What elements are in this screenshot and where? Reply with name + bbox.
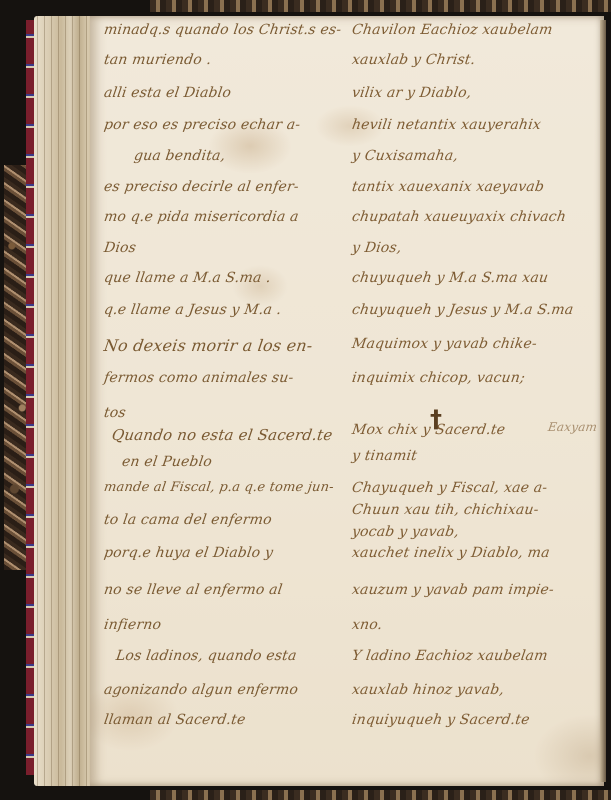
cross-icon: † xyxy=(430,405,442,433)
bottom-cover-edge xyxy=(150,790,611,800)
text-line: Y ladino Eachioz xaubelam xyxy=(351,648,549,664)
text-line: to la cama del enfermo xyxy=(103,512,273,528)
text-line: es preciso decirle al enfer- xyxy=(103,179,300,195)
text-line: chupatah xaueuyaxix chivach xyxy=(351,209,567,225)
text-line: inquiyuqueh y Sacerd.te xyxy=(351,712,531,728)
text-line: tan muriendo . xyxy=(103,52,213,68)
faint-marginal-note: Eaxyam xyxy=(547,420,598,434)
text-line: que llame a M.a S.ma . xyxy=(103,270,272,286)
text-line: alli esta el Diablo xyxy=(103,85,232,101)
text-line: xauxlab y Christ. xyxy=(351,52,477,68)
text-line: Maquimox y yavab chike- xyxy=(351,336,538,352)
text-line: chuyuqueh y M.a S.ma xau xyxy=(351,270,549,286)
text-line: xauchet inelix y Diablo, ma xyxy=(351,545,551,561)
text-line: q.e llame a Jesus y M.a . xyxy=(103,302,283,318)
text-line: Chavilon Eachioz xaubelam xyxy=(351,22,554,38)
text-line: y Cuxisamaha, xyxy=(351,148,459,164)
text-line: tantix xauexanix xaeyavab xyxy=(351,179,545,195)
text-line: infierno xyxy=(103,617,162,633)
text-line: yocab y yavab, xyxy=(351,524,460,540)
text-line: mo q.e pida misericordia a xyxy=(103,209,300,225)
page-stack-edges xyxy=(34,16,94,786)
text-line: xauxlab hinoz yavab, xyxy=(351,682,505,698)
text-line: gua bendita, xyxy=(133,148,227,164)
text-line: minadq.s quando los Christ.s es- xyxy=(103,22,342,38)
text-line: agonizando algun enfermo xyxy=(103,682,299,698)
text-line: en el Pueblo xyxy=(121,454,213,470)
text-line: Quando no esta el Sacerd.te xyxy=(111,426,334,444)
headband xyxy=(26,20,34,775)
text-line: Mox chix y Sacerd.te xyxy=(351,422,506,438)
text-line: vilix ar y Diablo, xyxy=(351,85,473,101)
page-right-edge xyxy=(600,20,606,782)
text-line: tos xyxy=(103,405,127,421)
text-line: inquimix chicop, vacun; xyxy=(351,370,526,386)
text-line: xauzum y yavab pam impie- xyxy=(351,582,555,598)
text-line: y Dios, xyxy=(351,240,403,256)
text-line: Chuun xau tih, chichixau- xyxy=(351,502,540,518)
text-line: Los ladinos, quando esta xyxy=(115,648,298,664)
text-line: chuyuqueh y Jesus y M.a S.ma xyxy=(351,302,575,318)
top-cover-edge xyxy=(150,0,611,12)
text-line: Dios xyxy=(103,240,137,256)
text-line: No dexeis morir a los en- xyxy=(103,336,314,355)
text-line: porq.e huya el Diablo y xyxy=(103,545,274,561)
text-line: fermos como animales su- xyxy=(103,370,295,386)
text-line: mande al Fiscal, p.a q.e tome jun- xyxy=(103,480,335,495)
text-line: no se lleve al enfermo al xyxy=(103,582,284,598)
text-line: por eso es preciso echar a- xyxy=(103,117,301,133)
text-line: llaman al Sacerd.te xyxy=(103,712,247,728)
text-line: xno. xyxy=(351,617,384,633)
text-line: y tinamit xyxy=(351,448,418,464)
text-line: hevili netantix xauyerahix xyxy=(351,117,542,133)
text-line: Chayuqueh y Fiscal, xae a- xyxy=(351,480,549,496)
